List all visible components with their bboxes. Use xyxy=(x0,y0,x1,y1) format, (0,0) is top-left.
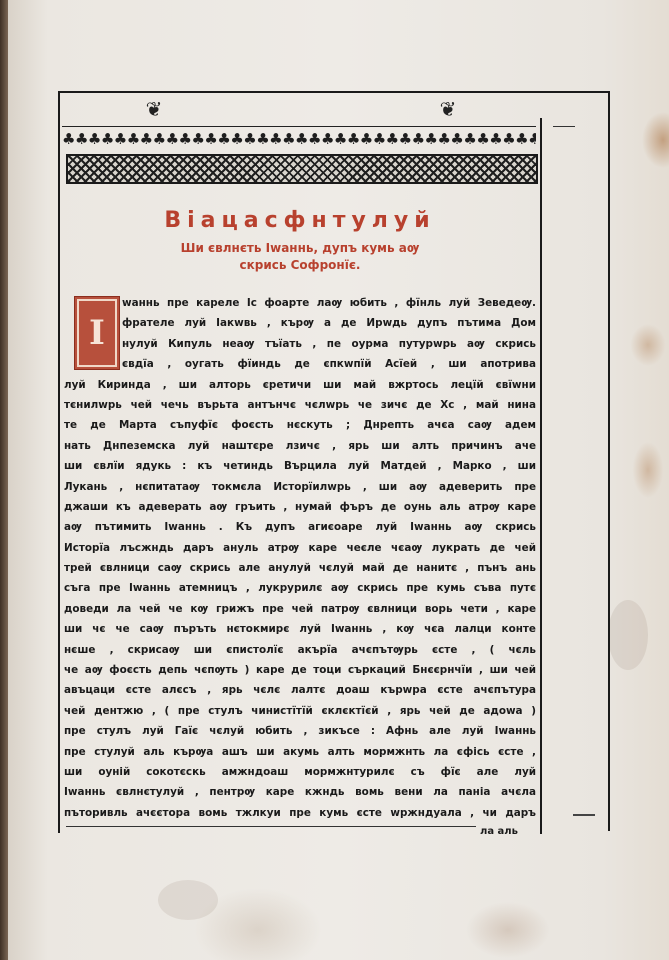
interlace-headpiece-band xyxy=(66,154,538,184)
text-line: Исторїа лъсжндь даръ ануль атрѹ каре чеє… xyxy=(64,538,536,558)
frame-inner-right-rule xyxy=(540,118,542,834)
text-line: съга пре Іwаннь атемницъ , лукрурилє аѹ … xyxy=(64,578,536,598)
paper-stain xyxy=(158,880,218,920)
text-line: євдїа , оугать фїиндь де єпкwпїй Асїей ,… xyxy=(64,354,536,374)
floral-ornament-icon: ❦ xyxy=(432,98,464,120)
text-line: че аѹ фоєсть депь чєпѹть ) каре де тоци … xyxy=(64,660,536,680)
text-line: авъцаци єсте алєсъ , ярь чєлє лалтє доаш… xyxy=(64,680,536,700)
text-line: джаши къ адеверать аѹ гръить , нумай фър… xyxy=(64,497,536,517)
subtitle-line: Ши євлнєть Іwаннь, дупъ кумь аѹ xyxy=(130,240,470,257)
text-line: аѹ пътимить Іwаннь . Къ дупъ агиєоаре лу… xyxy=(64,517,536,537)
headpiece-rule xyxy=(62,126,536,127)
text-line: пре cтулуй аль кърѹа ашъ ши акумь алть м… xyxy=(64,742,536,762)
text-line: тєнилwрь чей чечь върьта антънчє чєлwрь … xyxy=(64,395,536,415)
text-line: нать Днпеземска луй наштєре лзичє , ярь … xyxy=(64,436,536,456)
frame-left-rule xyxy=(58,91,60,833)
bottom-rule xyxy=(66,826,476,827)
page-title: Віацасфнтулуй xyxy=(130,208,470,233)
text-line: Іwаннь євлнєтулуй , пентрѹ каре кжндь во… xyxy=(64,782,536,802)
margin-tick xyxy=(573,814,595,816)
text-line: пъторивль ачєєтора вомь тжлкуи пре кумь … xyxy=(64,803,536,823)
subtitle-line: скрись Софронїє. xyxy=(130,257,470,274)
text-line: ши чє че саѹ пъръть нєтокмирє луй Іwаннь… xyxy=(64,619,536,639)
text-line: ши євлїи ядукь : къ четиндь Върцила луй … xyxy=(64,456,536,476)
margin-tick xyxy=(553,126,575,127)
text-line: те де Марта съпуфїє фоєсть нєскуть ; Днр… xyxy=(64,415,536,435)
text-line: чей дентжю , ( пре cтулъ чинистїтїй єклє… xyxy=(64,701,536,721)
text-line: фрателе луй Іакwвь , кърѹ а де Ирwдь дуп… xyxy=(64,313,536,333)
text-line: пре cтулъ луй Гаїє чєлуй юбить , зикъсе … xyxy=(64,721,536,741)
text-line: луй Киринда , ши алторь єретичи ши май в… xyxy=(64,375,536,395)
paper-stain xyxy=(608,600,648,670)
catchword: ла аль xyxy=(480,826,518,837)
trefoil-border-row: ♣♣♣♣♣♣♣♣♣♣♣♣♣♣♣♣♣♣♣♣♣♣♣♣♣♣♣♣♣♣♣♣♣♣♣♣♣♣♣♣… xyxy=(62,128,536,150)
body-text: wаннь пре кареле Іс фоарте лаѹ юбить , ф… xyxy=(64,293,536,823)
text-line: ши оуній сокотєскь амжндоаш мормжнтурилє… xyxy=(64,762,536,782)
text-line: доведи ла чей че кѹ грижъ пре чей патрѹ … xyxy=(64,599,536,619)
text-line: нулуй Кипуль неаѹ тъїать , пе оурма путу… xyxy=(64,334,536,354)
page-subtitle: Ши євлнєть Іwаннь, дупъ кумь аѹ скрись С… xyxy=(130,240,470,274)
text-line: нєше , скрисаѹ ши єпистолїє акърїа ачєпъ… xyxy=(64,640,536,660)
text-line: wаннь пре кареле Іс фоарте лаѹ юбить , ф… xyxy=(64,293,536,313)
floral-ornament-icon: ❦ xyxy=(138,98,170,120)
text-line: трей євлници саѹ скрись але анулуй чєлуй… xyxy=(64,558,536,578)
text-line: Лукань , нєпитатаѹ токмєла Исторїилwрь ,… xyxy=(64,477,536,497)
